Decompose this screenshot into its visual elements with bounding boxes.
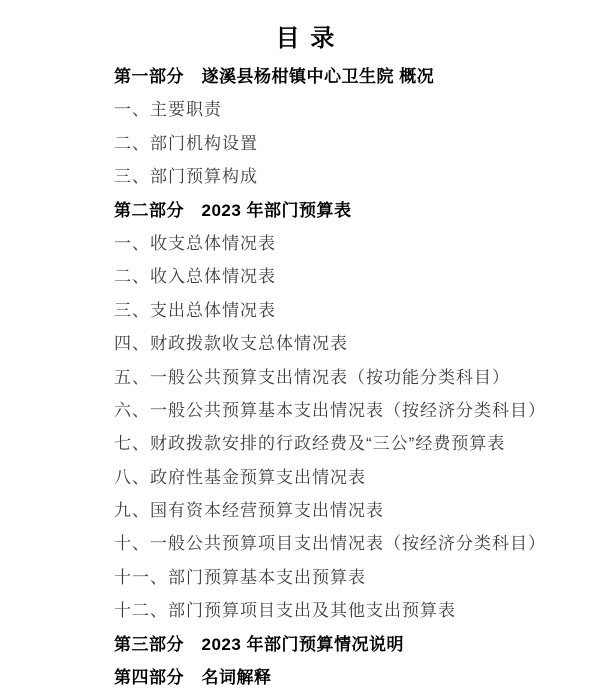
toc-part2-item-1: 一、收支总体情况表 [114, 227, 576, 260]
toc-part2-item-11: 十一、部门预算基本支出预算表 [114, 561, 576, 594]
toc-part2-item-6: 六、一般公共预算基本支出情况表（按经济分类科目） [114, 394, 576, 427]
toc-part1-item-2: 二、部门机构设置 [114, 127, 576, 160]
toc-part2-item-3: 三、支出总体情况表 [114, 294, 576, 327]
toc-part2-item-9: 九、国有资本经营预算支出情况表 [114, 494, 576, 527]
toc-list: 第一部分 遂溪县杨柑镇中心卫生院 概况 一、主要职责 二、部门机构设置 三、部门… [114, 60, 576, 694]
toc-part2-item-5: 五、一般公共预算支出情况表（按功能分类科目） [114, 361, 576, 394]
toc-part2-item-12: 十二、部门预算项目支出及其他支出预算表 [114, 594, 576, 627]
toc-part2-item-10: 十、一般公共预算项目支出情况表（按经济分类科目） [114, 527, 576, 560]
toc-part2-item-8: 八、政府性基金预算支出情况表 [114, 461, 576, 494]
document-page: 目 录 第一部分 遂溪县杨柑镇中心卫生院 概况 一、主要职责 二、部门机构设置 … [0, 0, 612, 698]
toc-heading-part4: 第四部分 名词解释 [114, 661, 576, 694]
toc-part1-item-3: 三、部门预算构成 [114, 160, 576, 193]
toc-title: 目 录 [0, 24, 612, 54]
toc-part1-item-1: 一、主要职责 [114, 93, 576, 126]
toc-heading-part3: 第三部分 2023 年部门预算情况说明 [114, 628, 576, 661]
toc-part2-item-4: 四、财政拨款收支总体情况表 [114, 327, 576, 360]
toc-part2-item-2: 二、收入总体情况表 [114, 260, 576, 293]
toc-part2-item-7: 七、财政拨款安排的行政经费及“三公”经费预算表 [114, 427, 576, 460]
toc-heading-part2: 第二部分 2023 年部门预算表 [114, 194, 576, 227]
toc-heading-part1: 第一部分 遂溪县杨柑镇中心卫生院 概况 [114, 60, 576, 93]
